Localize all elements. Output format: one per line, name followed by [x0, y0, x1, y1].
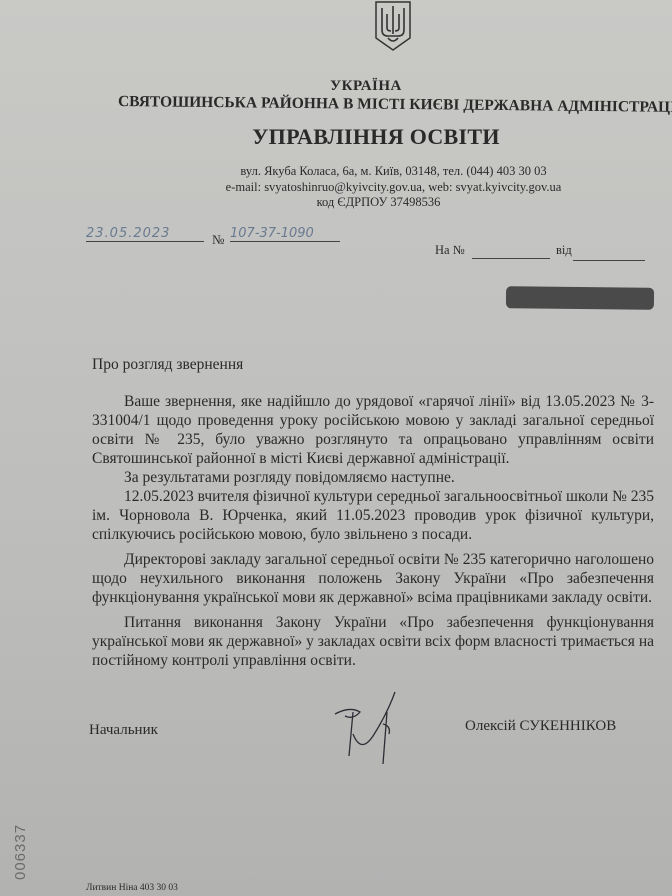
handwritten-signature	[325, 684, 415, 764]
paragraph: Ваше звернення, яке надійшло до урядової…	[92, 392, 654, 468]
number-label: №	[212, 232, 224, 248]
outgoing-number: 107-37-1090	[230, 226, 340, 242]
edrpou-line: код ЄДРПОУ 37498536	[85, 195, 672, 210]
letter-body: Ваше звернення, яке надійшло до урядової…	[92, 392, 654, 670]
from-label: від	[556, 243, 572, 258]
address-line: вул. Якуба Коласа, 6а, м. Київ, 03148, т…	[115, 164, 672, 179]
paragraph: Директорові закладу загальної середньої …	[92, 550, 654, 607]
signatory-title: Начальник	[89, 722, 158, 739]
incoming-date-field	[573, 260, 645, 261]
subject-line: Про розгляд звернення	[92, 356, 243, 374]
signatory-name: Олексій СУКЕННІКОВ	[465, 718, 616, 735]
incoming-label: На №	[435, 243, 465, 258]
contacts-line: e-mail: svyatoshinruo@kyivcity.gov.ua, w…	[115, 180, 672, 195]
redacted-recipient	[506, 286, 654, 310]
ukraine-trident-icon	[374, 0, 412, 52]
paragraph: 12.05.2023 вчителя фізичної культури сер…	[92, 487, 654, 544]
side-serial-number: 006337	[12, 824, 29, 880]
outgoing-date: 23.05.2023	[86, 226, 204, 242]
administration-heading: СВЯТОШИНСЬКА РАЙОННА В МІСТІ КИЄВІ ДЕРЖА…	[118, 93, 672, 117]
incoming-number-field	[472, 258, 550, 259]
department-heading: УПРАВЛІННЯ ОСВІТИ	[80, 124, 672, 150]
executor-footer: Литвин Ніна 403 30 03	[86, 883, 178, 893]
paragraph: Питання виконання Закону України «Про за…	[92, 613, 654, 670]
paragraph: За результатами розгляду повідомляємо на…	[92, 468, 654, 487]
